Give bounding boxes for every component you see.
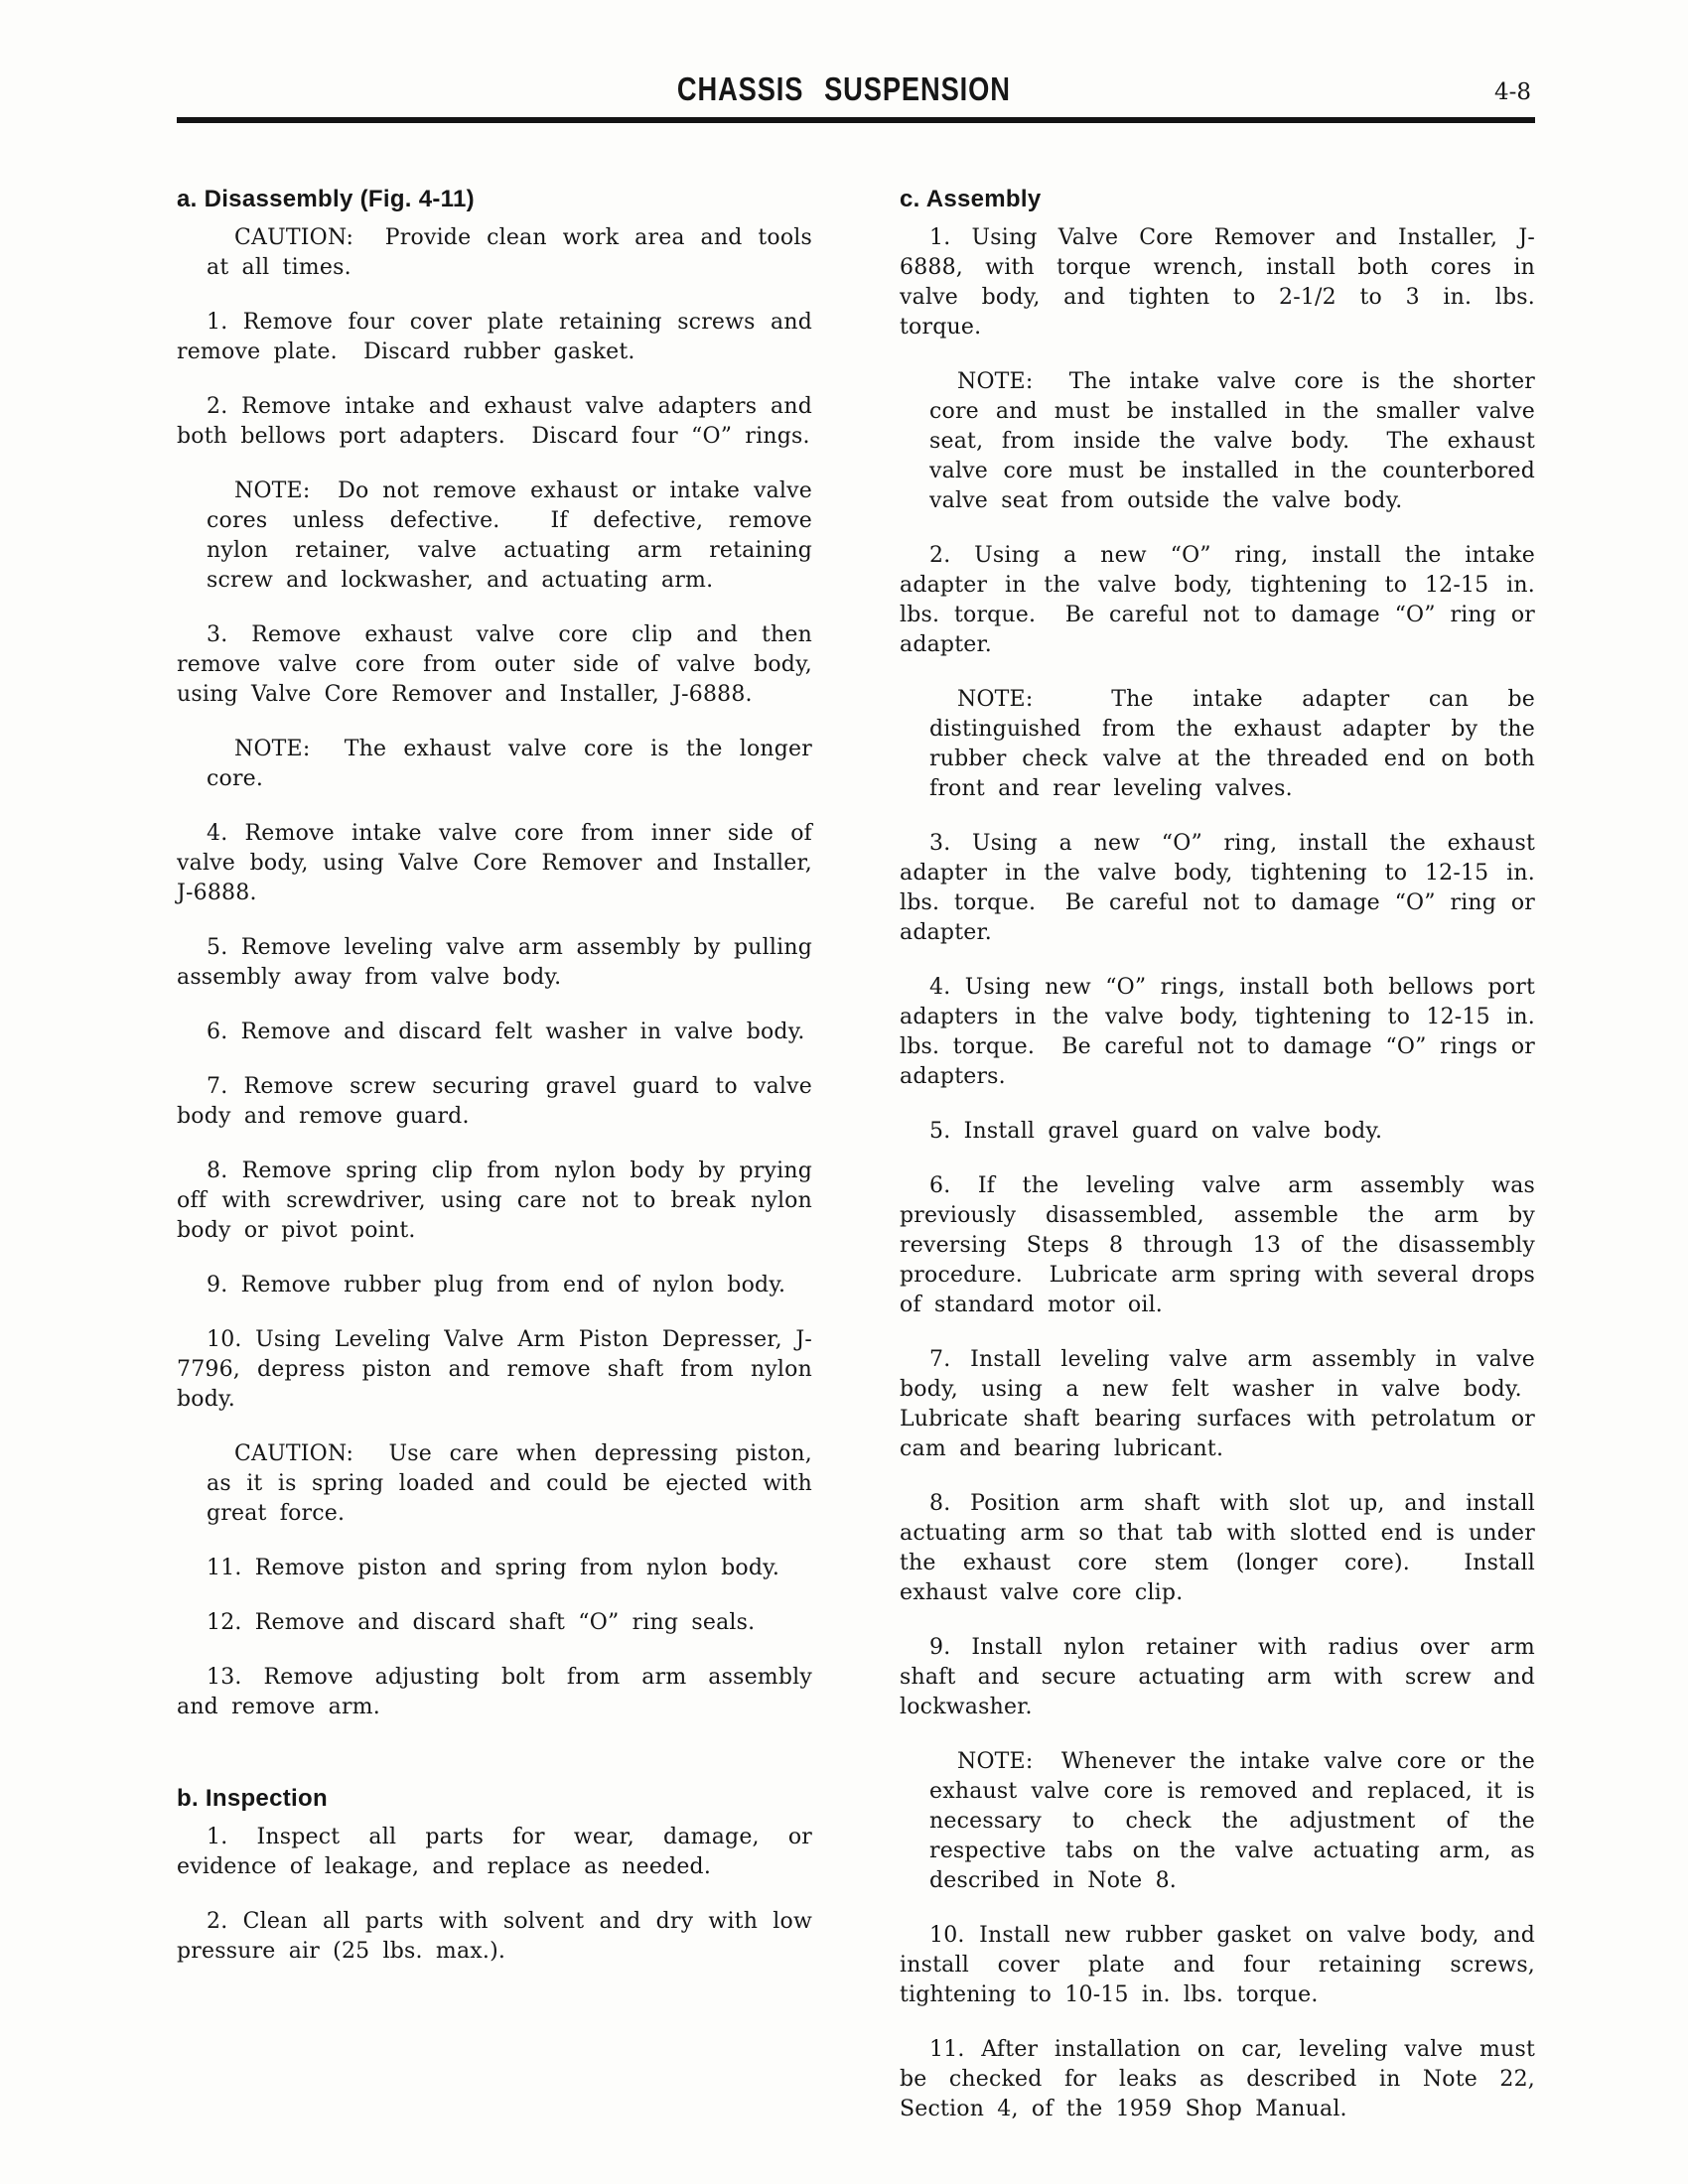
step-paragraph: 1. Remove four cover plate retaining scr… (177, 308, 812, 367)
page-title-text: CHASSIS SUSPENSION (677, 70, 1011, 109)
step-paragraph: 12. Remove and discard shaft “O” ring se… (177, 1608, 812, 1638)
note-paragraph: NOTE: The intake valve core is the short… (929, 367, 1535, 516)
page-header: CHASSIS SUSPENSION 4-8 (0, 0, 1688, 189)
section-heading-disassembly: a. Disassembly (Fig. 4-11) (177, 185, 812, 214)
step-paragraph: 1. Inspect all parts for wear, damage, o… (177, 1823, 812, 1882)
caution-paragraph: CAUTION: Use care when depressing piston… (207, 1439, 812, 1529)
note-paragraph: NOTE: Do not remove exhaust or intake va… (207, 477, 812, 596)
step-paragraph: 10. Install new rubber gasket on valve b… (900, 1921, 1535, 2010)
step-paragraph: 5. Install gravel guard on valve body. (900, 1117, 1535, 1147)
note-paragraph: NOTE: The intake adapter can be distingu… (929, 685, 1535, 804)
step-paragraph: 1. Using Valve Core Remover and Installe… (900, 223, 1535, 342)
section-inspection: b. Inspection 1. Inspect all parts for w… (177, 1784, 812, 1967)
right-column: c. Assembly 1. Using Valve Core Remover … (900, 185, 1535, 2124)
caution-paragraph: CAUTION: Provide clean work area and too… (207, 223, 812, 283)
page-number: 4-8 (1494, 79, 1531, 105)
manual-page: { "colors": { "ink": "#161616", "paper":… (0, 0, 1688, 2184)
step-paragraph: 6. If the leveling valve arm assembly wa… (900, 1171, 1535, 1320)
section-heading-inspection: b. Inspection (177, 1784, 812, 1814)
step-paragraph: 10. Using Leveling Valve Arm Piston Depr… (177, 1325, 812, 1415)
step-paragraph: 7. Install leveling valve arm assembly i… (900, 1345, 1535, 1464)
section-assembly: c. Assembly 1. Using Valve Core Remover … (900, 185, 1535, 2124)
step-paragraph: 5. Remove leveling valve arm assembly by… (177, 933, 812, 993)
step-paragraph: 8. Remove spring clip from nylon body by… (177, 1157, 812, 1246)
step-paragraph: 9. Install nylon retainer with radius ov… (900, 1633, 1535, 1722)
step-paragraph: 3. Using a new “O” ring, install the exh… (900, 829, 1535, 948)
step-paragraph: 7. Remove screw securing gravel guard to… (177, 1072, 812, 1132)
step-paragraph: 2. Remove intake and exhaust valve adapt… (177, 392, 812, 452)
step-paragraph: 11. Remove piston and spring from nylon … (177, 1554, 812, 1583)
section-disassembly: a. Disassembly (Fig. 4-11) CAUTION: Prov… (177, 185, 812, 1722)
step-paragraph: 13. Remove adjusting bolt from arm assem… (177, 1663, 812, 1722)
step-paragraph: 8. Position arm shaft with slot up, and … (900, 1489, 1535, 1608)
note-paragraph: NOTE: The exhaust valve core is the long… (207, 735, 812, 794)
step-paragraph: 11. After installation on car, leveling … (900, 2035, 1535, 2124)
step-paragraph: 6. Remove and discard felt washer in val… (177, 1018, 812, 1047)
left-column: a. Disassembly (Fig. 4-11) CAUTION: Prov… (177, 185, 812, 2124)
page-columns: a. Disassembly (Fig. 4-11) CAUTION: Prov… (177, 185, 1535, 2124)
note-paragraph: NOTE: Whenever the intake valve core or … (929, 1747, 1535, 1896)
step-paragraph: 2. Using a new “O” ring, install the int… (900, 541, 1535, 660)
step-paragraph: 2. Clean all parts with solvent and dry … (177, 1907, 812, 1967)
section-heading-assembly: c. Assembly (900, 185, 1535, 214)
step-paragraph: 9. Remove rubber plug from end of nylon … (177, 1271, 812, 1300)
step-paragraph: 4. Using new “O” rings, install both bel… (900, 973, 1535, 1092)
header-rule (177, 117, 1535, 123)
step-paragraph: 3. Remove exhaust valve core clip and th… (177, 620, 812, 710)
step-paragraph: 4. Remove intake valve core from inner s… (177, 819, 812, 908)
page-title: CHASSIS SUSPENSION (0, 71, 1688, 107)
